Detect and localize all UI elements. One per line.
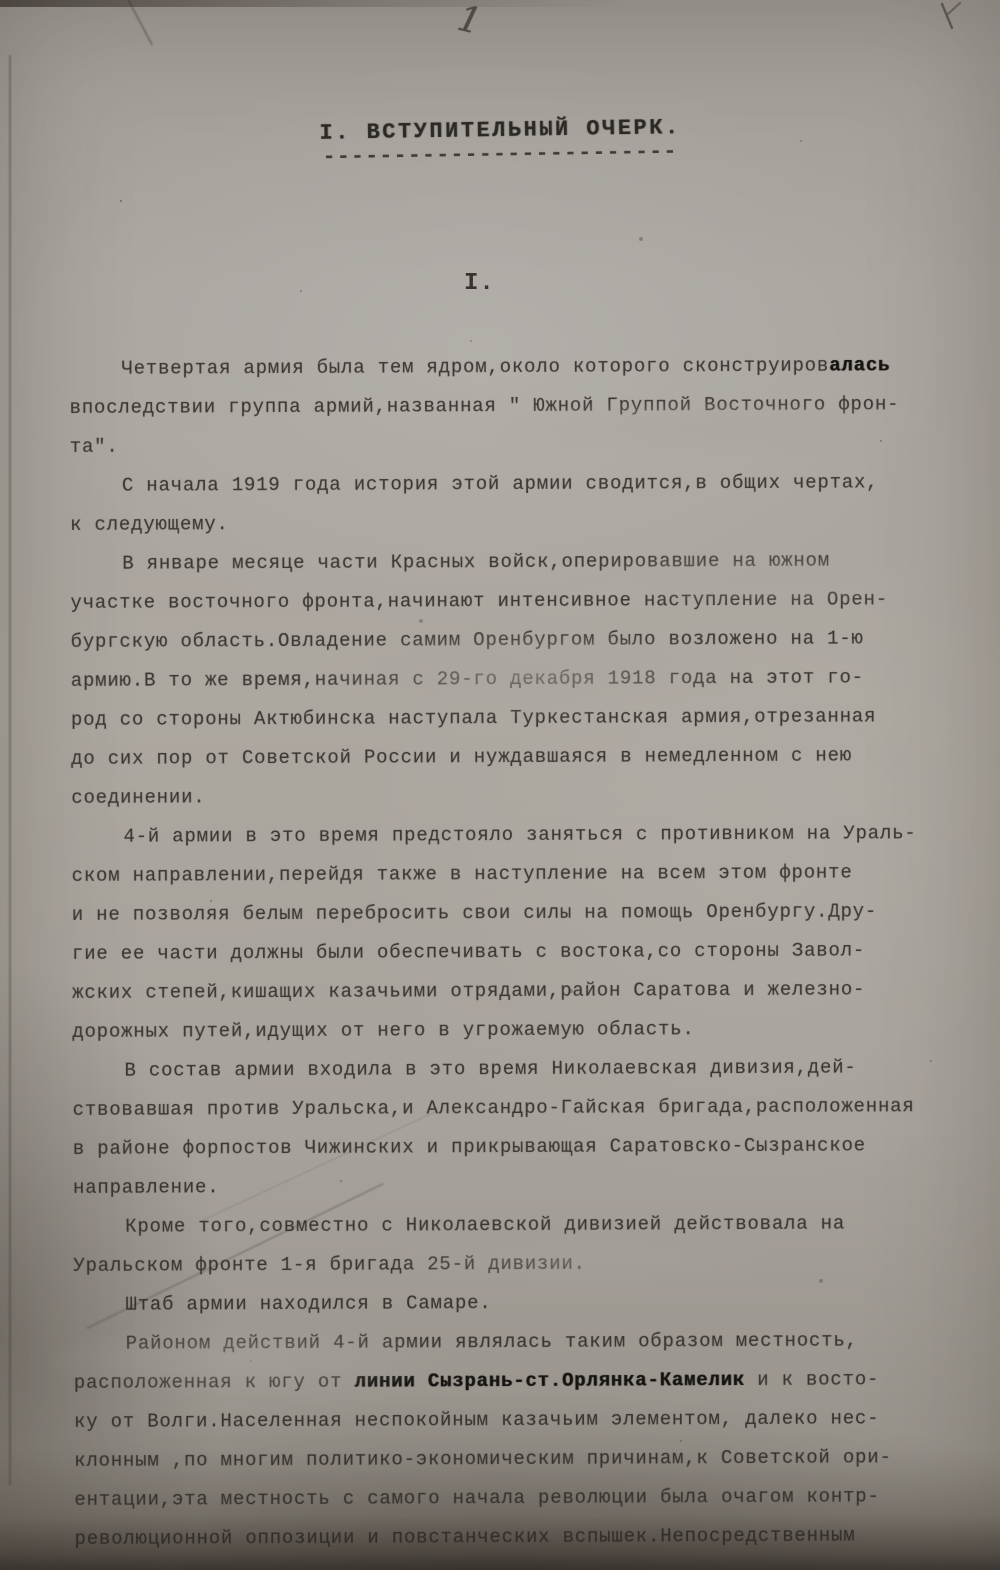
text-line: ку от Волги.Населенная неспокойным казач… <box>74 1407 954 1450</box>
text-segment: Четвертая армия была тем ядром,около кот… <box>121 355 829 380</box>
overstruck-text: линии Сызрань-ст.Орлянка-Камелик <box>354 1369 745 1393</box>
text-line: С начала 1919 года история этой армии св… <box>70 471 950 514</box>
text-line: в районе форпостов Чижинских и прикрываю… <box>73 1134 953 1177</box>
text-line: расположенная к югу от линии Сызрань-ст.… <box>74 1368 954 1411</box>
text-line: впоследствии группа армий,названная " Юж… <box>70 393 950 436</box>
text-line: Кроме того,совместно с Николаевской диви… <box>73 1212 953 1255</box>
text-line: участке восточного фронта,начинают интен… <box>70 588 950 631</box>
title-underline: ------------------------- <box>322 139 677 170</box>
text-line: В январе месяце части Красных войск,опер… <box>70 549 950 592</box>
text-line: Четвертая армия была тем ядром,около кот… <box>69 354 949 397</box>
text-line: направление. <box>73 1173 953 1216</box>
paper-speckles <box>120 200 122 202</box>
text-segment: расположенная к югу от <box>74 1371 355 1394</box>
text-line: ском направлении,перейдя также в наступл… <box>72 861 952 904</box>
paragraph: С начала 1919 года история этой армии св… <box>70 471 950 553</box>
text-line: к следующему. <box>70 510 950 553</box>
text-line: бургскую область.Овладение самим Оренбур… <box>71 627 951 670</box>
section-heading: I. <box>464 270 495 297</box>
text-line: В состав армии входила в это время Никол… <box>72 1056 952 1099</box>
paragraph: 4-й армии в это время предстояло занятьс… <box>71 822 952 1060</box>
text-line: Районом действий 4-й армии являлась таки… <box>74 1329 954 1372</box>
paragraph: Штаб армии находился в Самаре. <box>73 1290 953 1333</box>
text-line: Уральском фронте 1-я бригада 25-й дивизи… <box>73 1251 953 1294</box>
paragraph: В состав армии входила в это время Никол… <box>72 1056 953 1216</box>
text-line: гие ее части должны были обеспечивать с … <box>72 939 952 982</box>
crease-line <box>9 55 11 1485</box>
paragraphs: Четвертая армия была тем ядром,около кот… <box>69 354 954 1567</box>
overstruck-text: алась <box>829 354 890 376</box>
text-line: жских степей,кишащих казачьими отрядами,… <box>72 978 952 1021</box>
text-line: клонным ,по многим политико-экономически… <box>74 1446 954 1489</box>
text-line: армию.В то же время,начиная с 29-го дека… <box>71 666 951 709</box>
text-line: соединении. <box>71 783 951 826</box>
text-line: Штаб армии находился в Самаре. <box>73 1290 953 1333</box>
text-segment: и к восто- <box>745 1368 879 1391</box>
text-line: ентации,эта местность с самого начала ре… <box>74 1485 954 1528</box>
pen-mark-icon <box>936 2 970 36</box>
paragraph: Кроме того,совместно с Николаевской диви… <box>73 1212 953 1294</box>
text-line: революционной оппозиции и повстанческих … <box>74 1524 954 1567</box>
text-line: 4-й армии в это время предстояло занятьс… <box>71 822 951 865</box>
document-page: 1 I. ВСТУПИТЕЛЬНЫЙ ОЧЕРК. --------------… <box>0 0 1000 1570</box>
text-line: дорожных путей,идущих от него в угрожаем… <box>72 1017 952 1060</box>
text-line: ствовавшая против Уральска,и Александро-… <box>73 1095 953 1138</box>
paragraph: В январе месяце части Красных войск,опер… <box>70 549 951 826</box>
text-line: до сих пор от Советской России и нуждавш… <box>71 744 951 787</box>
text-line: та". <box>70 432 950 475</box>
text-line: род со стороны Актюбинска наступала Турк… <box>71 705 951 748</box>
page-top-shadow <box>0 0 640 7</box>
paragraph: Районом действий 4-й армии являлась таки… <box>74 1329 955 1567</box>
text-line: и не позволяя белым перебросить свои сил… <box>72 900 952 943</box>
photo-backdrop: 1 I. ВСТУПИТЕЛЬНЫЙ ОЧЕРК. --------------… <box>0 0 1000 1570</box>
paragraph: Четвертая армия была тем ядром,около кот… <box>69 354 950 475</box>
